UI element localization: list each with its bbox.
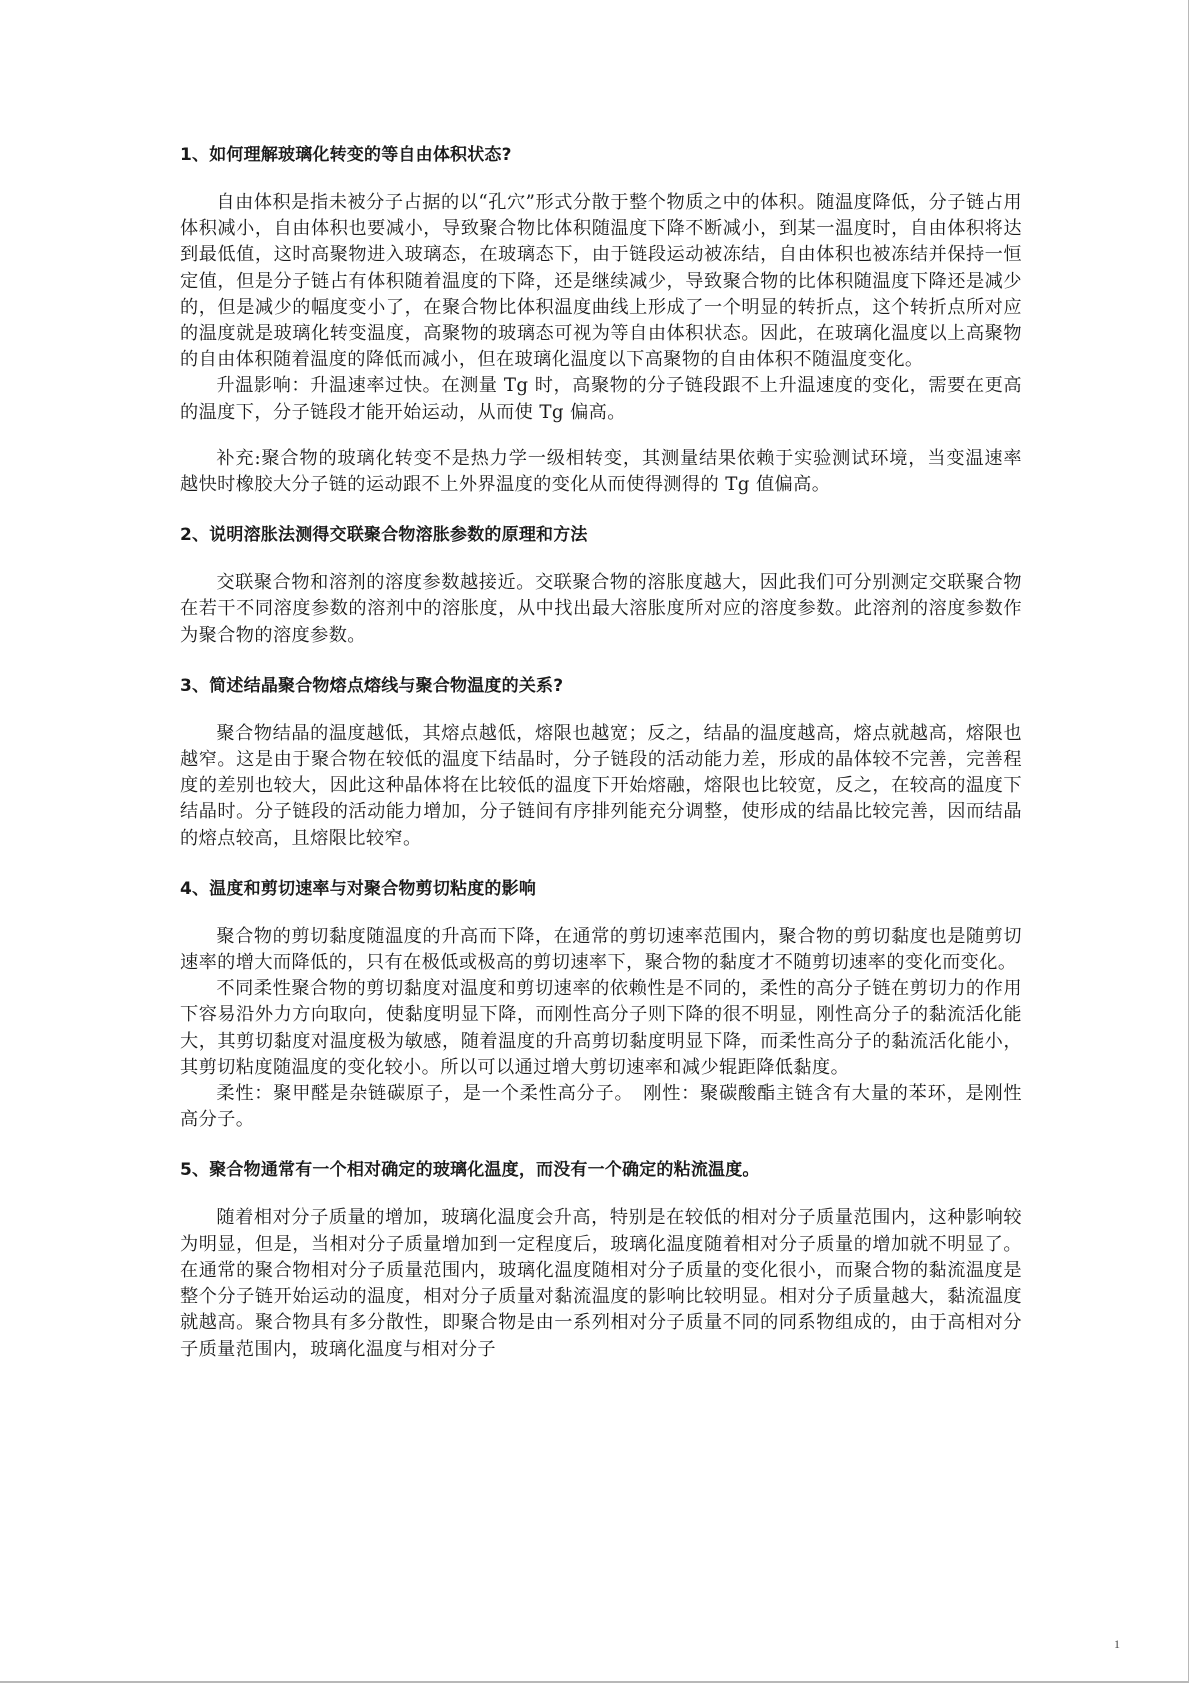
paragraph: 聚合物的剪切黏度随温度的升高而下降，在通常的剪切速率范围内，聚合物的剪切黏度也是… [180, 924, 1022, 976]
paragraph: 自由体积是指未被分子占据的以“孔穴”形式分散于整个物质之中的体积。随温度降低，分… [180, 190, 1022, 373]
section-1: 1、如何理解玻璃化转变的等自由体积状态? 自由体积是指未被分子占据的以“孔穴”形… [180, 142, 1022, 498]
document-page: 1、如何理解玻璃化转变的等自由体积状态? 自由体积是指未被分子占据的以“孔穴”形… [0, 0, 1189, 1683]
spacer [180, 426, 1022, 446]
paragraph: 聚合物结晶的温度越低，其熔点越低，熔限也越宽；反之，结晶的温度越高，熔点就越高，… [180, 721, 1022, 852]
section-5: 5、聚合物通常有一个相对确定的玻璃化温度，而没有一个确定的粘流温度。 随着相对分… [180, 1157, 1022, 1362]
paragraph: 不同柔性聚合物的剪切黏度对温度和剪切速率的依赖性是不同的，柔性的高分子链在剪切力… [180, 976, 1022, 1081]
section-4: 4、温度和剪切速率与对聚合物剪切粘度的影响 聚合物的剪切黏度随温度的升高而下降，… [180, 876, 1022, 1134]
section-heading: 5、聚合物通常有一个相对确定的玻璃化温度，而没有一个确定的粘流温度。 [180, 1157, 1022, 1183]
section-heading: 1、如何理解玻璃化转变的等自由体积状态? [180, 142, 1022, 168]
page-content: 1、如何理解玻璃化转变的等自由体积状态? 自由体积是指未被分子占据的以“孔穴”形… [180, 142, 1022, 1363]
section-heading: 2、说明溶胀法测得交联聚合物溶胀参数的原理和方法 [180, 522, 1022, 548]
section-heading: 4、温度和剪切速率与对聚合物剪切粘度的影响 [180, 876, 1022, 902]
paragraph: 随着相对分子质量的增加，玻璃化温度会升高，特别是在较低的相对分子质量范围内，这种… [180, 1205, 1022, 1362]
spacer [180, 852, 1022, 876]
section-heading: 3、简述结晶聚合物熔点熔线与聚合物温度的关系? [180, 673, 1022, 699]
paragraph: 交联聚合物和溶剂的溶度参数越接近。交联聚合物的溶胀度越大，因此我们可分别测定交联… [180, 570, 1022, 649]
supplement-paragraph: 补充:聚合物的玻璃化转变不是热力学一级相转变，其测量结果依赖于实验测试环境，当变… [180, 446, 1022, 498]
spacer [180, 649, 1022, 673]
paragraph: 柔性：聚甲醛是杂链碳原子，是一个柔性高分子。 刚性：聚碳酸酯主链含有大量的苯环，… [180, 1081, 1022, 1133]
page-number: 1 [1114, 1637, 1120, 1652]
spacer [180, 1133, 1022, 1157]
spacer [180, 498, 1022, 522]
section-2: 2、说明溶胀法测得交联聚合物溶胀参数的原理和方法 交联聚合物和溶剂的溶度参数越接… [180, 522, 1022, 649]
paragraph: 升温影响：升温速率过快。在测量 Tg 时，高聚物的分子链段跟不上升温速度的变化，… [180, 373, 1022, 425]
section-3: 3、简述结晶聚合物熔点熔线与聚合物温度的关系? 聚合物结晶的温度越低，其熔点越低… [180, 673, 1022, 852]
